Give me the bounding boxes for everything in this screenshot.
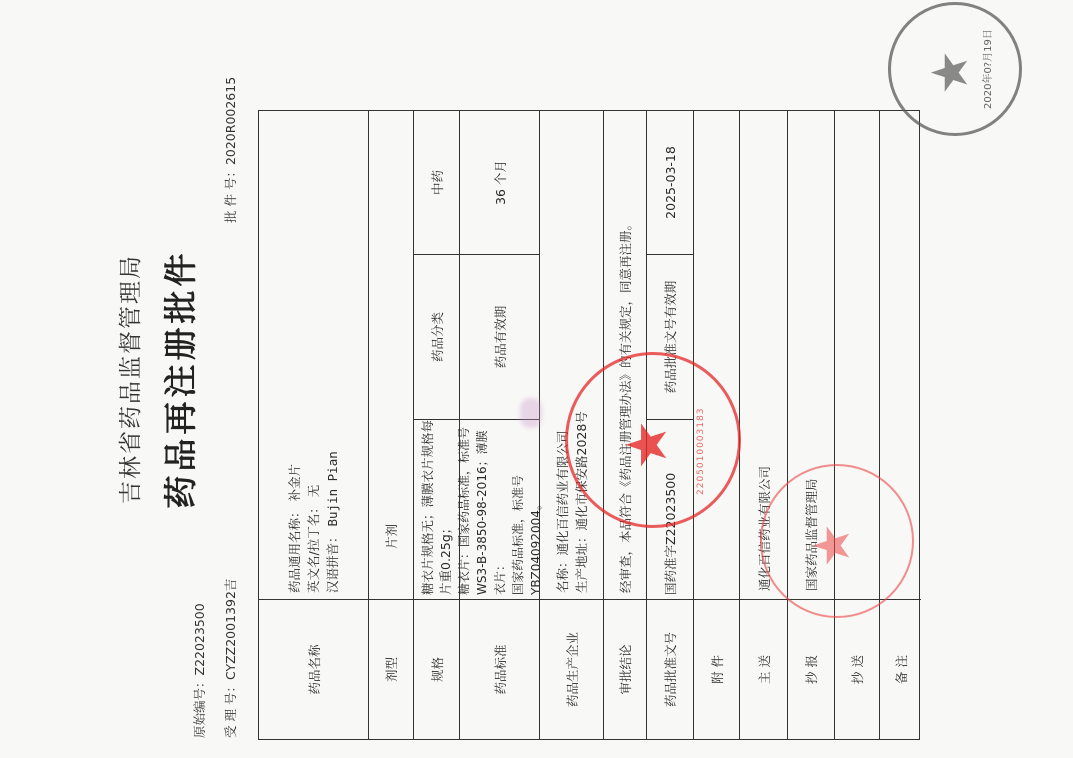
ink-smudge bbox=[520, 398, 542, 428]
label-validity: 药品有效期 bbox=[460, 254, 539, 419]
label-conclusion: 审批结论 bbox=[604, 599, 646, 739]
label-category: 药品分类 bbox=[414, 254, 459, 419]
value-remarks bbox=[880, 111, 921, 599]
value-cc bbox=[835, 111, 879, 599]
value-approval-doc: 国药准字Z22023500 bbox=[647, 419, 693, 599]
issuing-authority: 吉林省药品监督管理局 bbox=[112, 0, 145, 758]
row-main-recipient: 主 送 通化百信药业有限公司 bbox=[739, 111, 787, 739]
row-conclusion: 审批结论 经审查，本品符合《药品注册管理办法》的有关规定，同意再注册。 bbox=[603, 111, 646, 739]
label-dosage-form: 剂型 bbox=[369, 599, 413, 739]
value-manufacturer: 名称：通化百信药业有限公司 生产地址：通化市保安路2028号 bbox=[540, 111, 603, 599]
label-attachment: 附 件 bbox=[694, 599, 739, 739]
label-spec: 规格 bbox=[414, 599, 459, 739]
value-standard: 糖衣片：国家药品标准，标准号 WS3-B-3850-98-2016；薄膜衣片： … bbox=[460, 419, 539, 599]
label-manufacturer: 药品生产企业 bbox=[540, 599, 603, 739]
label-remarks: 备 注 bbox=[880, 599, 921, 739]
approval-table: 药品名称 药品通用名称： 补金片 英文名/拉丁名： 无 汉语拼音： Bujin … bbox=[258, 110, 920, 740]
value-attachment bbox=[694, 111, 739, 599]
label-drug-name: 药品名称 bbox=[259, 599, 368, 739]
label-approval-validity: 药品批准文号有效期 bbox=[647, 254, 693, 419]
row-attachment: 附 件 bbox=[693, 111, 739, 739]
value-category: 中药 bbox=[414, 111, 459, 254]
value-dosage-form: 片剂 bbox=[369, 111, 413, 599]
row-report-to: 抄 报 国家药品监督管理局 bbox=[787, 111, 834, 739]
value-report-to: 国家药品监督管理局 bbox=[788, 111, 834, 599]
row-approval-doc: 药品批准文号 国药准字Z22023500 药品批准文号有效期 2025-03-1… bbox=[646, 111, 693, 739]
label-cc: 抄 送 bbox=[835, 599, 879, 739]
pinyin-name: 汉语拼音： Bujin Pian bbox=[323, 451, 342, 593]
label-main-recipient: 主 送 bbox=[740, 599, 787, 739]
generic-name: 药品通用名称： 补金片 bbox=[285, 464, 304, 593]
registration-approval-document: 吉林省药品监督管理局 药品再注册批件 原始编号：Z22023500 受 理 号：… bbox=[0, 0, 1073, 758]
row-dosage-form: 剂型 片剂 bbox=[368, 111, 413, 739]
value-spec: 糖衣片规格无；薄膜衣片规格每 片重0.25g； bbox=[414, 419, 459, 599]
acceptance-number: 受 理 号：CYZZ2001392吉 bbox=[221, 579, 239, 738]
value-conclusion: 经审查，本品符合《药品注册管理办法》的有关规定，同意再注册。 bbox=[604, 111, 646, 599]
row-spec: 规格 糖衣片规格无；薄膜衣片规格每 片重0.25g； 药品分类 中药 bbox=[413, 111, 459, 739]
row-remarks: 备 注 bbox=[879, 111, 921, 739]
approval-number: 批 件 号：2020R002615 bbox=[221, 77, 239, 223]
seal-date: 2020年0?月19日 bbox=[979, 29, 994, 109]
row-drug-name: 药品名称 药品通用名称： 补金片 英文名/拉丁名： 无 汉语拼音： Bujin … bbox=[259, 111, 368, 739]
row-cc: 抄 送 bbox=[834, 111, 879, 739]
value-drug-name: 药品通用名称： 补金片 英文名/拉丁名： 无 汉语拼音： Bujin Pian bbox=[259, 111, 368, 599]
value-approval-validity: 2025-03-18 bbox=[647, 111, 693, 254]
original-number: 原始编号：Z22023500 bbox=[190, 603, 208, 738]
row-manufacturer: 药品生产企业 名称：通化百信药业有限公司 生产地址：通化市保安路2028号 bbox=[539, 111, 603, 739]
value-validity: 36 个月 bbox=[460, 111, 539, 254]
english-latin-name: 英文名/拉丁名： 无 bbox=[304, 485, 323, 593]
value-main-recipient: 通化百信药业有限公司 bbox=[740, 111, 787, 599]
seal-star-icon: ★ bbox=[925, 50, 975, 95]
label-approval-doc: 药品批准文号 bbox=[647, 599, 693, 739]
label-standard: 药品标准 bbox=[460, 599, 539, 739]
label-report-to: 抄 报 bbox=[788, 599, 834, 739]
